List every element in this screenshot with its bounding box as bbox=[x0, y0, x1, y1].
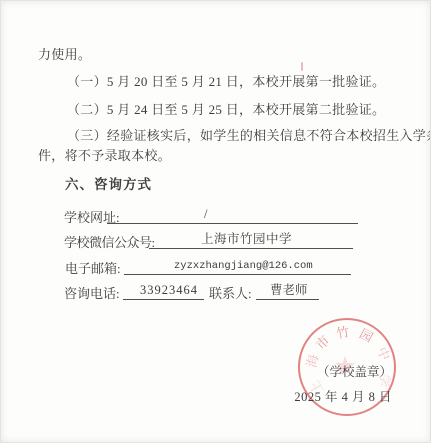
issue-date: 2025 年 4 月 8 日 bbox=[294, 387, 392, 405]
field-label-phone: 咨询电话: bbox=[64, 283, 120, 302]
field-value-phone: 33923464 bbox=[140, 283, 198, 298]
field-value-email: zyzxzhangjiang@126.com bbox=[174, 260, 313, 272]
seal-char: 中 bbox=[374, 345, 392, 363]
field-label-email: 电子邮箱: bbox=[65, 258, 121, 277]
paragraph-line-condition: （三）经验证核实后，如学生的相关信息不符合本校招生入学条 bbox=[67, 129, 431, 143]
field-underline-contact: 曹老师 bbox=[256, 283, 319, 300]
paragraph-line-condition-wrap: 件，将不予录取本校。 bbox=[38, 149, 171, 163]
field-value-contact: 曹老师 bbox=[270, 280, 308, 298]
pink-scan-mark bbox=[301, 62, 303, 71]
field-value-wechat: 上海市竹园中学 bbox=[201, 229, 292, 247]
paragraph-line-batch1: （一）5 月 20 日至 5 月 21 日，本校开展第一批验证。 bbox=[67, 75, 385, 89]
field-underline-email: zyzxzhangjiang@126.com bbox=[124, 258, 351, 275]
document-page: 力使用。 （一）5 月 20 日至 5 月 21 日，本校开展第一批验证。 （二… bbox=[0, 0, 431, 443]
seal-char: 园 bbox=[357, 327, 376, 346]
seal-char: 竹 bbox=[335, 325, 351, 341]
section-heading: 六、咨询方式 bbox=[65, 178, 152, 192]
field-label-contact: 联系人: bbox=[209, 283, 252, 302]
paragraph-line-batch2: （二）5 月 24 日至 5 月 25 日，本校开展第二批验证。 bbox=[67, 103, 385, 117]
seal-char: 市 bbox=[313, 333, 333, 353]
field-underline-phone: 33923464 bbox=[123, 283, 204, 300]
seal-caption: （学校盖章） bbox=[317, 362, 392, 380]
paragraph-line: 力使用。 bbox=[38, 48, 91, 62]
field-value-website: / bbox=[204, 207, 207, 222]
field-underline-wechat: 上海市竹园中学 bbox=[149, 232, 353, 249]
field-label-wechat: 学校微信公众号: bbox=[64, 232, 155, 251]
field-underline-website: / bbox=[107, 207, 358, 224]
